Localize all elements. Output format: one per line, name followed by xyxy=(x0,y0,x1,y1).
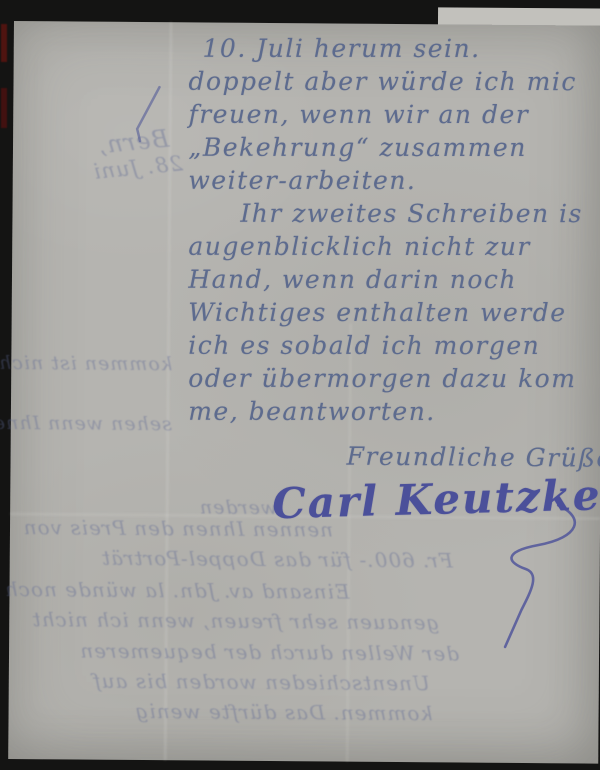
bleedthrough-line: Fr. 600.- für das Doppel-Porträt xyxy=(11,545,453,572)
letter-line: Hand, wenn darin noch xyxy=(188,263,583,296)
letter-line: Ihr zweites Schreiben is xyxy=(240,197,583,230)
letter-paper: Bern, 28. Juni kommen ist nicht sehen we… xyxy=(8,21,600,764)
letter-body: 10. Juli herum sein. doppelt aber würde … xyxy=(188,32,583,428)
letter-line: 10. Juli herum sein. xyxy=(203,32,584,65)
valediction: Freundliche Grüße xyxy=(346,442,600,473)
letter-line: augenblicklich nicht zur xyxy=(188,230,583,263)
letter-line: Wichtiges enthalten werde xyxy=(188,296,583,329)
bleedthrough-line: Einsand av. Jdn. la wünde noch xyxy=(9,577,349,604)
bleedthrough-line: der Wellen durch der bequemeren xyxy=(9,638,459,666)
bleedthrough-line: Unentschieden worden bis auf xyxy=(20,668,430,695)
letter-line: oder übermorgen dazu kom xyxy=(188,362,583,395)
letter-line: doppelt aber würde ich mic xyxy=(188,65,583,98)
bleedthrough-line: kommen ist nicht xyxy=(12,352,172,375)
letter-line: ich es sobald ich morgen xyxy=(188,329,583,362)
letter-line: freuen, wenn wir an der xyxy=(188,98,583,131)
letter-line: me, beantworten. xyxy=(188,395,583,428)
red-edge-mark-top xyxy=(1,24,7,62)
red-edge-mark-bottom xyxy=(1,88,7,128)
bleedthrough-line: kommen. Das dürfte wenig xyxy=(32,698,432,725)
letter-line: „Bekehrung“ zusammen xyxy=(188,131,583,164)
bleedthrough-line: genauen sehr freuen, wenn ich nicht xyxy=(9,607,439,634)
signature: Carl Keutzker xyxy=(272,470,600,529)
scanned-letter-page: Bern, 28. Juni kommen ist nicht sehen we… xyxy=(0,0,600,770)
letter-line: weiter-arbeiten. xyxy=(188,164,583,197)
bleedthrough-line: sehen wenn Ihnen xyxy=(12,412,172,435)
